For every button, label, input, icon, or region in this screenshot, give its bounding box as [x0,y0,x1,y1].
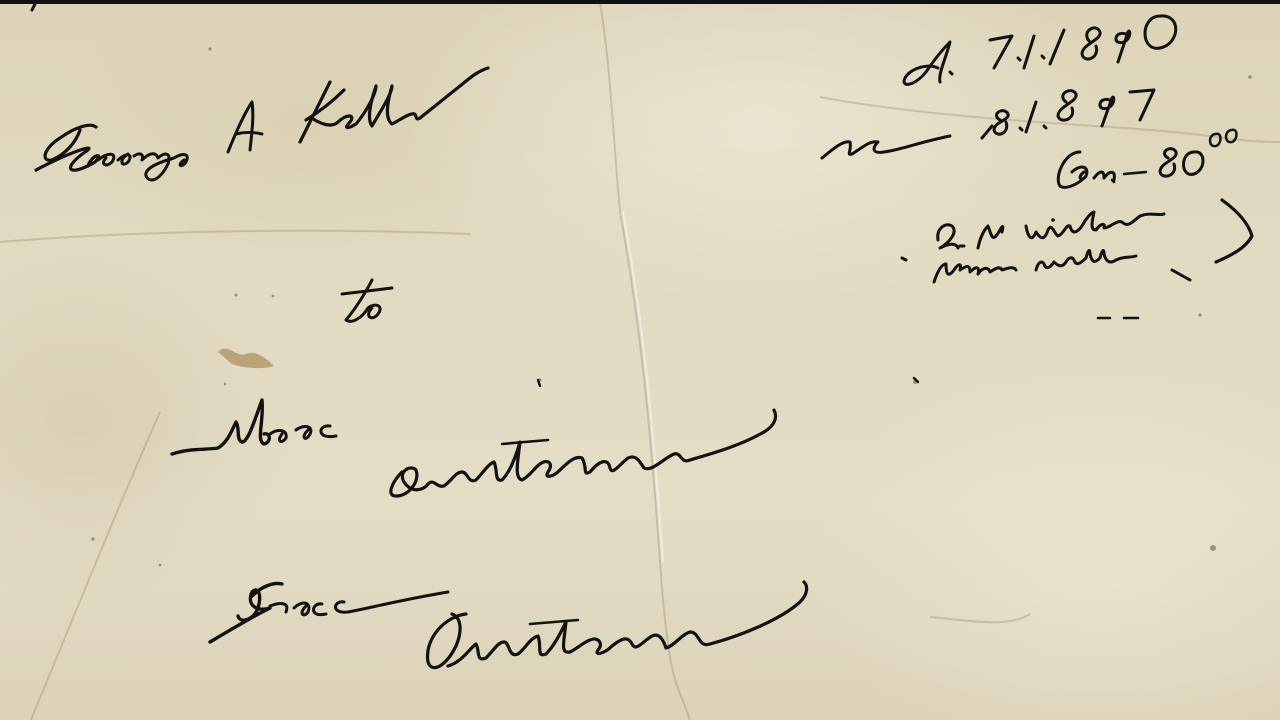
recorded-annotation [822,90,1154,158]
grantor-signature [36,68,488,180]
connector-to [342,280,392,321]
grantee-2-signature [210,582,807,668]
handwriting-layer [0,4,1280,720]
aged-paper-document: George A Keller to Isaac Quarterman Grac… [0,4,1280,720]
stray-mark [538,380,540,386]
consideration-annotation [1058,130,1236,188]
date-annotation [904,16,1176,84]
stray-mark [914,378,918,382]
top-left-mark [32,4,36,10]
bracket-mark [1216,200,1252,262]
grantee-1-signature [172,400,776,496]
witness-annotation [902,200,1252,318]
